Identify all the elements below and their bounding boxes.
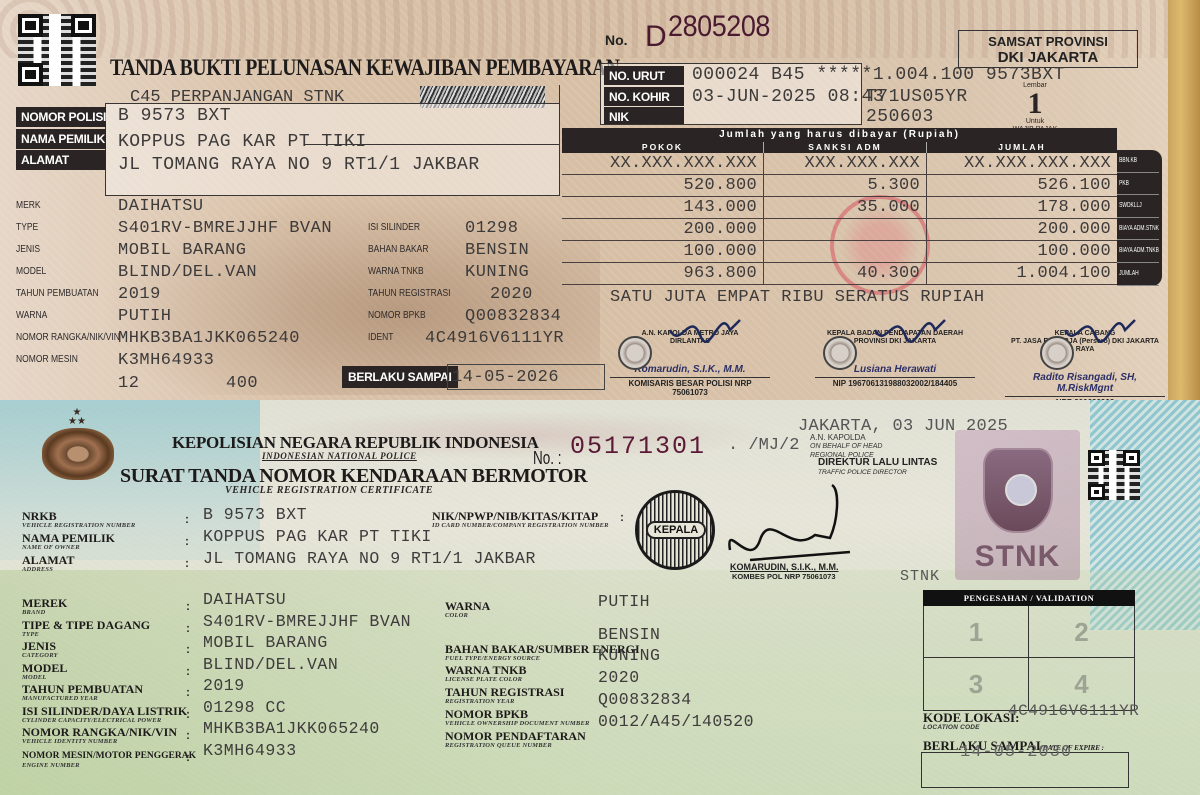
jumlah-value: 1.004.100 xyxy=(927,263,1117,284)
valid-until-label: BERLAKU SAMPAI xyxy=(342,366,458,388)
signature-icon xyxy=(865,300,955,350)
vehicle-field-value: S401RV-BMREJJHF BVAN xyxy=(118,219,332,238)
vehicle-field-value: 2019 xyxy=(203,676,245,695)
field-label-en: TYPE xyxy=(22,631,150,638)
signature-icon xyxy=(1055,300,1145,350)
vehicle-field-label: MODEL xyxy=(16,266,46,277)
jumlah-value: 200.000 xyxy=(927,219,1117,240)
vehicle-field-label: ISI SILINDER/DAYA LISTRIKCYLINDER CAPACI… xyxy=(22,705,187,724)
location-code-label-text: KODE LOKASI: xyxy=(923,710,1019,725)
expire-date: 14-05-2030 xyxy=(960,743,1072,762)
payment-row: XX.XXX.XXX.XXXXXX.XXX.XXXXX.XXX.XXX.XXX xyxy=(562,153,1117,175)
sanksi-value: XXX.XXX.XXX xyxy=(764,153,927,174)
vehicle-field-value: 2019 xyxy=(118,285,161,304)
security-strip xyxy=(1168,0,1200,400)
field-label-en: REGISTRATION YEAR xyxy=(445,698,564,705)
signature-icon xyxy=(720,480,860,570)
colon: : xyxy=(185,556,189,570)
receipt-number-label: No. xyxy=(605,32,628,48)
vehicle-field-label: TAHUN PEMBUATAN xyxy=(16,288,99,299)
nama-pemilik-value: KOPPUS PAG KAR PT TIKI xyxy=(118,132,367,152)
samsat-line1: SAMSAT PROVINSI xyxy=(959,34,1137,50)
signatory-name: Radito Risangadi, SH, M.RiskMgnt xyxy=(1005,372,1165,394)
payment-row: 963.80040.3001.004.100 xyxy=(562,263,1117,285)
vehicle-field-label: NOMOR RANGKA/NIK/VINVEHICLE IDENTITY NUM… xyxy=(22,726,177,745)
vehicle-field-value: K3MH64933 xyxy=(203,741,297,760)
vehicle-field-label: TIPE & TIPE DAGANGTYPE xyxy=(22,619,150,638)
alamat-value: JL TOMANG RAYA NO 9 RT1/1 JAKBAR xyxy=(118,155,480,175)
field-label: NOMOR MESIN/MOTOR PENGGERAK xyxy=(22,751,196,761)
payment-row-label: BIAYA ADM.STNK xyxy=(1117,218,1159,241)
location-code-label: KODE LOKASI: LOCATION CODE xyxy=(923,712,1019,731)
seal-icon xyxy=(618,336,652,370)
validation-header: PENGESAHAN / VALIDATION xyxy=(923,590,1135,606)
payment-row-label: BBN.KB xyxy=(1117,150,1159,173)
no-urut-value: 000024 B45 *****1.004.100 9573BXT xyxy=(692,65,1065,85)
field-label-en: LICENSE PLATE COLOR xyxy=(445,676,526,683)
owner-field-label: ALAMATADDRESS xyxy=(22,554,74,573)
stnk-number-label: No. : xyxy=(533,448,562,469)
shield-icon xyxy=(983,448,1053,533)
field-label-en: MANUFACTURED YEAR xyxy=(22,695,143,702)
vehicle-field-value: KUNING xyxy=(598,646,660,665)
vehicle-field-label: JENIS xyxy=(16,244,40,255)
field-label: MODEL xyxy=(22,661,67,675)
vehicle-field-value: PUTIH xyxy=(598,592,650,611)
colon: : xyxy=(185,534,189,548)
police-seal-icon: KEPALA xyxy=(635,490,715,570)
colon: : xyxy=(185,512,189,526)
owner-field-label: NRKBVEHICLE REGISTRATION NUMBER xyxy=(22,510,135,529)
field-label-en: VEHICLE REGISTRATION NUMBER xyxy=(22,522,135,529)
validation-cell-1: 1 xyxy=(924,606,1029,658)
vehicle-field-value: 01298 xyxy=(465,219,519,238)
field-label-en: NAME OF OWNER xyxy=(22,544,115,551)
vehicle-field-label: NOMOR MESIN/MOTOR PENGGERAKENGINE NUMBER xyxy=(22,748,196,769)
field-label: TIPE & TIPE DAGANG xyxy=(22,618,150,632)
payment-table: XX.XXX.XXX.XXXXXX.XXX.XXXXX.XXX.XXX.XXX5… xyxy=(562,153,1117,285)
jumlah-value: XX.XXX.XXX.XXX xyxy=(927,153,1117,174)
direktur-label-en: TRAFFIC POLICE DIRECTOR xyxy=(818,468,937,478)
field-label-en: ENGINE NUMBER xyxy=(22,762,196,769)
field-label-en: ADDRESS xyxy=(22,566,74,573)
payment-row-label: JUMLAH xyxy=(1117,263,1159,286)
direktur-label: DIREKTUR LALU LINTAS xyxy=(818,457,937,468)
receipt-number-prefix: D xyxy=(645,20,667,54)
field-label: NOMOR RANGKA/NIK/VIN xyxy=(22,725,177,739)
vehicle-field-label: TAHUN PEMBUATANMANUFACTURED YEAR xyxy=(22,683,143,702)
vehicle-field-label: NOMOR BPKBVEHICLE OWNERSHIP DOCUMENT NUM… xyxy=(445,708,590,727)
nik-side-value: 250603 xyxy=(866,107,934,127)
signatory-id: NIP 196706131988032002/184405 xyxy=(815,377,975,388)
jumlah-value: 100.000 xyxy=(927,241,1117,262)
direktur-block: DIREKTUR LALU LINTAS TRAFFIC POLICE DIRE… xyxy=(818,458,937,478)
stnk-number: 05171301 xyxy=(570,432,706,461)
pokok-value: 100.000 xyxy=(562,241,764,262)
payment-row-label: SWDKLLJ xyxy=(1117,195,1159,218)
samsat-box: SAMSAT PROVINSI DKI JAKARTA xyxy=(958,30,1138,68)
police-crest-icon xyxy=(42,428,114,480)
pokok-value: 520.800 xyxy=(562,175,764,196)
hologram: STNK xyxy=(955,430,1080,580)
jumlah-value: 526.100 xyxy=(927,175,1117,196)
stnk-number-suffix: . /MJ/2 xyxy=(728,436,799,455)
alamat-label: ALAMAT xyxy=(16,150,106,170)
field-label-en: COLOR xyxy=(445,612,490,619)
vehicle-field-label: WARNACOLOR xyxy=(445,600,490,619)
signer-name: KOMARUDIN, S.I.K., M.M. xyxy=(730,562,839,572)
location-code-label-en: LOCATION CODE xyxy=(923,724,1019,731)
colon: : xyxy=(186,685,190,699)
extra-value-b: 400 xyxy=(226,374,258,393)
vehicle-field-value: DAIHATSU xyxy=(203,590,286,609)
colon: : xyxy=(186,599,190,613)
vehicle-field-label: TAHUN REGISTRASI xyxy=(368,288,450,299)
signatory-id: KOMISARIS BESAR POLISI NRP 75061073 xyxy=(610,377,770,397)
vehicle-registration-certificate: ★★★ KEPOLISIAN NEGARA REPUBLIK INDONESIA… xyxy=(0,400,1200,795)
vehicle-field-value: BENSIN xyxy=(465,241,529,260)
colon: : xyxy=(620,510,624,524)
signature-icon xyxy=(660,300,750,350)
nik-field-label: NIK/NPWP/NIB/KITAS/KITAP ID CARD NUMBER/… xyxy=(432,510,609,529)
no-kohir-value: 03-JUN-2025 08:43 xyxy=(692,87,884,107)
payment-row: 200.000200.000 xyxy=(562,219,1117,241)
colon: : xyxy=(186,621,190,635)
pokok-value: 200.000 xyxy=(562,219,764,240)
field-label: NOMOR BPKB xyxy=(445,707,528,721)
vehicle-field-label: TYPE xyxy=(16,222,38,233)
vehicle-field-value: Q00832834 xyxy=(598,690,692,709)
vehicle-field-label: NOMOR MESIN xyxy=(16,354,78,365)
vehicle-field-value: KUNING xyxy=(465,263,529,282)
vehicle-field-value: Q00832834 xyxy=(465,307,561,326)
nomor-polisi-value: B 9573 BXT xyxy=(118,106,231,126)
payment-header: Jumlah yang harus dibayar (Rupiah) xyxy=(562,128,1117,142)
valid-until-value: 14-05-2026 xyxy=(452,368,559,387)
nik-field-label-en: ID CARD NUMBER/COMPANY REGISTRATION NUMB… xyxy=(432,522,609,529)
vehicle-field-value: DAIHATSU xyxy=(118,197,204,216)
vehicle-field-value: BENSIN xyxy=(598,625,660,644)
sanksi-value xyxy=(764,219,927,240)
colon: : xyxy=(186,728,190,742)
qr-code-icon xyxy=(1088,450,1140,500)
field-label: ISI SILINDER/DAYA LISTRIK xyxy=(22,704,187,718)
owner-field-value: B 9573 BXT xyxy=(203,505,307,524)
vehicle-field-label: MERK xyxy=(16,200,41,211)
payment-row: 143.00035.000178.000 xyxy=(562,197,1117,219)
kohir-code: T71US05YR xyxy=(866,87,968,107)
signer-nrp: KOMBES POL NRP 75061073 xyxy=(732,572,836,581)
colon: : xyxy=(186,642,190,656)
vehicle-field-value: K3MH64933 xyxy=(118,351,214,370)
field-label-en: BRAND xyxy=(22,609,67,616)
sanksi-value: 5.300 xyxy=(764,175,927,196)
field-label: MEREK xyxy=(22,596,67,610)
seal-icon xyxy=(823,336,857,370)
column-jumlah: JUMLAH xyxy=(927,142,1117,153)
payment-row-label: BIAYA ADM.TNKB xyxy=(1117,240,1159,263)
nomor-polisi-label: NOMOR POLISI xyxy=(16,107,106,127)
receipt-number: 2805208 xyxy=(668,10,770,44)
nik-field-label-text: NIK/NPWP/NIB/KITAS/KITAP xyxy=(432,509,598,523)
vehicle-field-value: PUTIH xyxy=(118,307,172,326)
column-pokok: POKOK xyxy=(562,142,764,153)
vehicle-field-value: BLIND/DEL.VAN xyxy=(203,655,338,674)
payment-row: 520.8005.300526.100 xyxy=(562,175,1117,197)
vehicle-field-label: WARNA xyxy=(16,310,47,321)
owner-field-value: KOPPUS PAG KAR PT TIKI xyxy=(203,527,432,546)
field-label-en: VEHICLE IDENTITY NUMBER xyxy=(22,738,177,745)
vehicle-field-value: 2020 xyxy=(490,285,533,304)
qr-code-icon xyxy=(18,14,96,86)
stars-icon: ★★★ xyxy=(62,408,92,426)
vehicle-field-label: WARNA TNKB xyxy=(368,266,424,277)
sanksi-value: 35.000 xyxy=(764,197,927,218)
field-label: TAHUN REGISTRASI xyxy=(445,685,564,699)
receipt-title: TANDA BUKTI PELUNASAN KEWAJIBAN PEMBAYAR… xyxy=(110,55,620,81)
hologram-text: STNK xyxy=(955,540,1080,574)
stnk-mark: STNK xyxy=(900,568,940,585)
owner-field-label: NAMA PEMILIKNAME OF OWNER xyxy=(22,532,115,551)
vehicle-field-label: ISI SILINDER xyxy=(368,222,420,233)
location-code-value: 4C4916V6111YR xyxy=(1008,702,1139,720)
payment-row: 100.000100.000 xyxy=(562,241,1117,263)
vehicle-field-label: MEREKBRAND xyxy=(22,597,67,616)
copy-badge: Lembar 1 Untuk WAJIB PAJAK xyxy=(1010,82,1060,134)
field-label: TAHUN PEMBUATAN xyxy=(22,682,143,696)
field-label-en: CYLINDER CAPACITY/ELECTRICAL POWER xyxy=(22,717,187,724)
payment-row-label: PKB xyxy=(1117,173,1159,196)
field-label: JENIS xyxy=(22,639,56,653)
field-label: NRKB xyxy=(22,509,57,523)
validation-cell-2: 2 xyxy=(1029,606,1134,658)
vehicle-field-label: MODELMODEL xyxy=(22,662,67,681)
kapolda-label: A.N. KAPOLDA xyxy=(810,433,900,442)
pokok-value: XX.XXX.XXX.XXX xyxy=(562,153,764,174)
column-sanksi: SANKSI ADM xyxy=(764,142,927,153)
field-label-en: MODEL xyxy=(22,674,67,681)
field-label: ALAMAT xyxy=(22,553,74,567)
kapolda-block: A.N. KAPOLDA ON BEHALF OF HEAD REGIONAL … xyxy=(810,433,900,460)
vehicle-field-label: JENISCATEGORY xyxy=(22,640,58,659)
validation-table: PENGESAHAN / VALIDATION 1 2 3 4 xyxy=(923,590,1135,711)
vehicle-field-value: MHKB3BA1JKK065240 xyxy=(203,719,380,738)
pokok-value: 963.800 xyxy=(562,263,764,284)
copy-badge-number: 1 xyxy=(1010,90,1060,118)
vehicle-field-value: BLIND/DEL.VAN xyxy=(118,263,257,282)
agency-title: KEPOLISIAN NEGARA REPUBLIK INDONESIA xyxy=(172,433,539,453)
vehicle-field-label: WARNA TNKBLICENSE PLATE COLOR xyxy=(445,664,526,683)
samsat-line2: DKI JAKARTA xyxy=(959,50,1137,66)
vehicle-field-value: 01298 CC xyxy=(203,698,286,717)
payment-row-labels: BBN.KBPKBSWDKLLJBIAYA ADM.STNKBIAYA ADM.… xyxy=(1117,150,1162,286)
colon: : xyxy=(186,707,190,721)
vehicle-field-label: NOMOR PENDAFTARANREGISTRATION QUEUE NUMB… xyxy=(445,730,586,749)
pokok-value: 143.000 xyxy=(562,197,764,218)
field-label: NAMA PEMILIK xyxy=(22,531,115,545)
field-label-en: VEHICLE OWNERSHIP DOCUMENT NUMBER xyxy=(445,720,590,727)
vehicle-field-label: BAHAN BAKAR xyxy=(368,244,428,255)
payment-columns: POKOK SANKSI ADM JUMLAH xyxy=(562,142,1117,153)
field-label-en: CATEGORY xyxy=(22,652,58,659)
vehicle-field-label: NOMOR RANGKA/NIK/VIN xyxy=(16,332,120,343)
seal-text: KEPALA xyxy=(646,521,706,539)
no-kohir-label: NO. KOHIR xyxy=(604,87,684,106)
vehicle-field-value: 4C4916V6111YR xyxy=(425,329,564,348)
vehicle-field-label: TAHUN REGISTRASIREGISTRATION YEAR xyxy=(445,686,564,705)
sanksi-value: 40.300 xyxy=(764,263,927,284)
vehicle-field-value: 0012/A45/140520 xyxy=(598,712,754,731)
copy-badge-line1: Untuk xyxy=(1010,118,1060,126)
owner-field-value: JL TOMANG RAYA NO 9 RT1/1 JAKBAR xyxy=(203,549,536,568)
field-label-en: REGISTRATION QUEUE NUMBER xyxy=(445,742,586,749)
jumlah-value: 178.000 xyxy=(927,197,1117,218)
payment-receipt: TANDA BUKTI PELUNASAN KEWAJIBAN PEMBAYAR… xyxy=(0,0,1200,400)
vehicle-field-value: S401RV-BMREJJHF BVAN xyxy=(203,612,411,631)
no-urut-label: NO. URUT xyxy=(604,66,684,85)
agency-title-en: INDONESIAN NATIONAL POLICE xyxy=(262,451,417,461)
extra-value-a: 12 xyxy=(118,374,139,393)
sanksi-value xyxy=(764,241,927,262)
vehicle-field-label: IDENT xyxy=(368,332,394,343)
field-label: WARNA xyxy=(445,599,490,613)
vehicle-field-value: MHKB3BA1JKK065240 xyxy=(118,329,300,348)
nama-pemilik-label: NAMA PEMILIK xyxy=(16,129,106,149)
field-label: NOMOR PENDAFTARAN xyxy=(445,729,586,743)
vehicle-field-value: MOBIL BARANG xyxy=(203,633,328,652)
vehicle-field-value: MOBIL BARANG xyxy=(118,241,246,260)
field-label: WARNA TNKB xyxy=(445,663,526,677)
vehicle-field-label: NOMOR BPKB xyxy=(368,310,426,321)
nik-label: NIK xyxy=(604,107,684,124)
colon: : xyxy=(186,664,190,678)
vehicle-field-value: 2020 xyxy=(598,668,640,687)
document-title-en: VEHICLE REGISTRATION CERTIFICATE xyxy=(225,485,433,496)
colon: : xyxy=(186,750,190,764)
